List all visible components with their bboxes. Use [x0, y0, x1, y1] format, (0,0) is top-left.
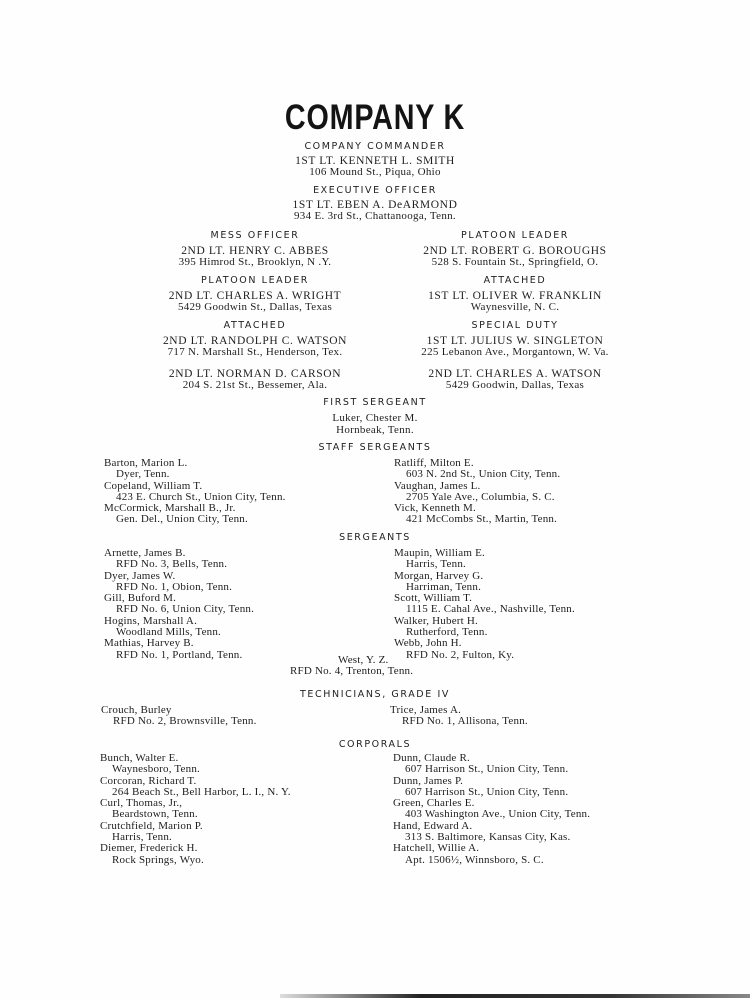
section-heading: TECHNICIANS, GRADE IV [225, 689, 525, 701]
sergeants-left: Arnette, James B. RFD No. 3, Bells, Tenn… [104, 548, 254, 661]
officer-right-2: SPECIAL DUTY 1ST LT. JULIUS W. SINGLETON… [365, 320, 665, 358]
corporals-heading-block: CORPORALS [225, 739, 525, 751]
roster-address: Gen. Del., Union City, Tenn. [104, 514, 286, 525]
roster-address: RFD No. 1, Allisona, Tenn. [390, 716, 528, 727]
technicians-heading-block: TECHNICIANS, GRADE IV [225, 689, 525, 701]
officer-address: 528 S. Fountain St., Springfield, O. [365, 257, 665, 268]
section-heading: ATTACHED [365, 275, 665, 287]
page-title: COMPANY K [68, 98, 683, 138]
staff-sergeants-heading-block: STAFF SERGEANTS [225, 442, 525, 454]
officer-right-3: 2ND LT. CHARLES A. WATSON 5429 Goodwin, … [365, 368, 665, 391]
roster-name: Mathias, Harvey B. [104, 638, 254, 649]
officer-left-0: MESS OFFICER 2ND LT. HENRY C. ABBES 395 … [105, 230, 405, 268]
executive-officer-block: EXECUTIVE OFFICER 1ST LT. EBEN A. DeARMO… [175, 185, 575, 222]
officer-address: 204 S. 21st St., Bessemer, Ala. [105, 380, 405, 391]
first-sergeant-address: Hornbeak, Tenn. [225, 425, 525, 437]
roster-address: Apt. 1506½, Winnsboro, S. C. [393, 855, 590, 866]
technicians-right: Trice, James A. RFD No. 1, Allisona, Ten… [390, 705, 528, 728]
staff-sergeants-right: Ratliff, Milton E. 603 N. 2nd St., Union… [394, 458, 560, 526]
officer-address: 106 Mound St., Piqua, Ohio [175, 167, 575, 178]
section-heading: SPECIAL DUTY [365, 320, 665, 332]
officer-left-3: 2ND LT. NORMAN D. CARSON 204 S. 21st St.… [105, 368, 405, 391]
first-sergeant-block: FIRST SERGEANT Luker, Chester M. Hornbea… [225, 397, 525, 436]
officer-left-2: ATTACHED 2ND LT. RANDOLPH C. WATSON 717 … [105, 320, 405, 358]
staff-sergeants-left: Barton, Marion L. Dyer, Tenn. Copeland, … [104, 458, 286, 526]
roster-address: Dyer, Tenn. [104, 469, 286, 480]
officer-left-1: PLATOON LEADER 2ND LT. CHARLES A. WRIGHT… [105, 275, 405, 313]
roster-address: Rock Springs, Wyo. [100, 855, 291, 866]
roster-address: RFD No. 2, Fulton, Ky. [394, 650, 575, 661]
corporals-right: Dunn, Claude R. 607 Harrison St., Union … [393, 753, 590, 866]
roster-name: Hatchell, Willie A. [393, 843, 590, 854]
first-sergeant-name: Luker, Chester M. [225, 413, 525, 425]
roster-address: RFD No. 4, Trenton, Tenn. [290, 666, 413, 677]
roster-address: RFD No. 2, Brownsville, Tenn. [101, 716, 257, 727]
section-heading: ATTACHED [105, 320, 405, 332]
corporals-left: Bunch, Walter E. Waynesboro, Tenn. Corco… [100, 753, 291, 866]
section-heading: FIRST SERGEANT [225, 397, 525, 409]
section-heading: SERGEANTS [225, 532, 525, 544]
scan-edge-artifact [280, 994, 750, 998]
roster-name: Diemer, Frederick H. [100, 843, 291, 854]
company-commander-block: COMPANY COMMANDER 1ST LT. KENNETH L. SMI… [175, 141, 575, 178]
section-heading: COMPANY COMMANDER [175, 141, 575, 153]
sergeants-right: Maupin, William E. Harris, Tenn. Morgan,… [394, 548, 575, 661]
roster-address: 421 McCombs St., Martin, Tenn. [394, 514, 560, 525]
sergeants-center: West, Y. Z. RFD No. 4, Trenton, Tenn. [290, 655, 413, 678]
roster-address: 603 N. 2nd St., Union City, Tenn. [394, 469, 560, 480]
roster-address: 607 Harrison St., Union City, Tenn. [393, 764, 590, 775]
officer-address: Waynesville, N. C. [365, 302, 665, 313]
officer-address: 5429 Goodwin St., Dallas, Texas [105, 302, 405, 313]
officer-address: 225 Lebanon Ave., Morgantown, W. Va. [365, 347, 665, 358]
section-heading: PLATOON LEADER [105, 275, 405, 287]
roster-name: Webb, John H. [394, 638, 575, 649]
officer-address: 5429 Goodwin, Dallas, Texas [365, 380, 665, 391]
officer-right-0: PLATOON LEADER 2ND LT. ROBERT G. BOROUGH… [365, 230, 665, 268]
section-heading: MESS OFFICER [105, 230, 405, 242]
roster-address: RFD No. 3, Bells, Tenn. [104, 559, 254, 570]
roster-address: Harris, Tenn. [394, 559, 575, 570]
technicians-left: Crouch, Burley RFD No. 2, Brownsville, T… [101, 705, 257, 728]
section-heading: STAFF SERGEANTS [225, 442, 525, 454]
roster-address: RFD No. 1, Portland, Tenn. [104, 650, 254, 661]
officer-address: 934 E. 3rd St., Chattanooga, Tenn. [175, 211, 575, 222]
section-heading: CORPORALS [225, 739, 525, 751]
roster-address: Waynesboro, Tenn. [100, 764, 291, 775]
sergeants-heading-block: SERGEANTS [225, 532, 525, 544]
officer-address: 717 N. Marshall St., Henderson, Tex. [105, 347, 405, 358]
section-heading: EXECUTIVE OFFICER [175, 185, 575, 197]
officer-right-1: ATTACHED 1ST LT. OLIVER W. FRANKLIN Wayn… [365, 275, 665, 313]
officer-address: 395 Himrod St., Brooklyn, N .Y. [105, 257, 405, 268]
section-heading: PLATOON LEADER [365, 230, 665, 242]
